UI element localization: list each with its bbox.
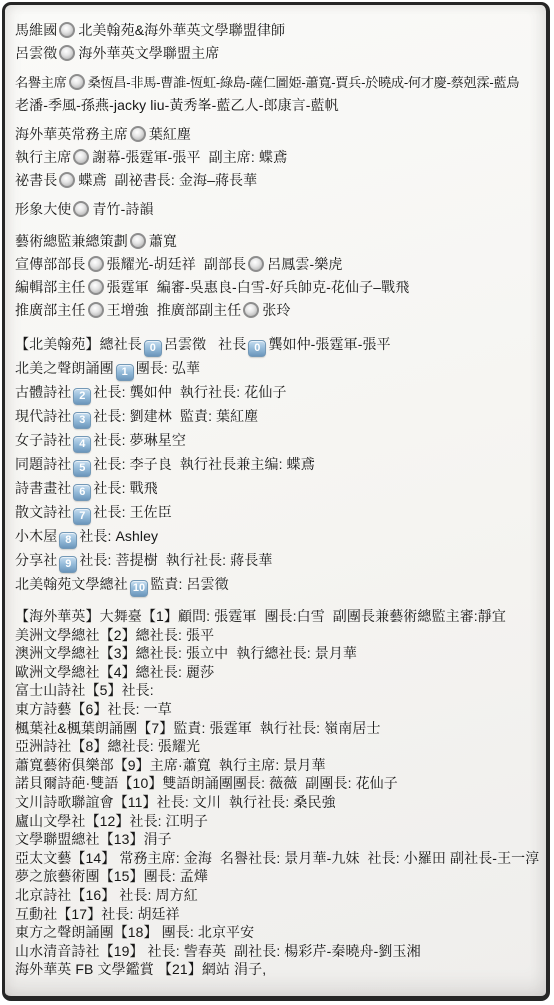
doc-line: 推廣部主任王增強 推廣部副主任张玲 — [15, 299, 540, 322]
text-run: 諾貝爾詩葩·雙語【10】雙語朗誦團團長: 薇薇 副團長: 花仙子 — [15, 775, 398, 791]
doc-line: 編輯部主任張霆軍 編審-吳惠良-白雪-好兵帥克-花仙子–戰飛 — [15, 276, 540, 299]
text-run: 古體詩社 — [15, 384, 71, 400]
doc-line: 現代詩社3社長: 劉建林 監責: 葉紅塵 — [15, 405, 540, 429]
doc-line: 【海外華英】大舞臺【1】顧問: 張霆軍 團長:白雪 副團長兼藝術總監主審:靜宜 — [15, 607, 540, 626]
text-run: 謝幕-張霆軍-張平 副主席: 蝶鳶 — [92, 149, 287, 165]
text-run: 亞洲詩社【8】總社長: 張耀光 — [15, 738, 200, 754]
doc-line: 海外華英 FB 文學鑑賞 【21】網站 涓子, — [15, 960, 540, 979]
section-overseas-huaying: 【海外華英】大舞臺【1】顧問: 張霆軍 團長:白雪 副團長兼藝術總監主審:靜宜美… — [15, 607, 540, 979]
text-run: 张玲 — [262, 302, 290, 318]
number-badge-icon: 6 — [73, 484, 91, 501]
radio-button-icon — [88, 256, 104, 272]
radio-button-icon — [243, 302, 259, 318]
radio-button-icon — [88, 302, 104, 318]
text-run: 馬維國 — [15, 22, 57, 38]
text-run: 呂鳳雲-樂虎 — [267, 256, 342, 272]
text-run: 呂雲徵 社長 — [164, 336, 246, 352]
number-badge-icon: 0 — [144, 340, 162, 357]
radio-button-icon — [248, 256, 264, 272]
text-run: 分享社 — [15, 552, 57, 568]
text-run: 山水清音詩社【19】 社長: 訾春英 副社長: 楊彩芹-秦曉舟-劉玉湘 — [15, 943, 421, 959]
doc-line: 宣傳部部長張耀光-胡廷祥 副部長呂鳳雲-樂虎 — [15, 253, 540, 276]
doc-line: 詩書畫社6社長: 戰飛 — [15, 477, 540, 501]
text-run: 社長: 戰飛 — [93, 480, 157, 496]
text-run: 文川詩歌聯誼會【11】社長: 文川 執行社長: 桑民強 — [15, 794, 336, 810]
text-run: 美洲文學總社【2】總社長: 張平 — [15, 627, 214, 643]
text-run: 海外華英 FB 文學鑑賞 【21】網站 涓子, — [15, 961, 266, 977]
document-frame: 馬維國北美翰苑&海外華英文學聯盟律師呂雲徵海外華英文學聯盟主席名譽主席桑恆昌-非… — [2, 2, 550, 1001]
doc-line: 互動社【17】社長: 胡廷祥 — [15, 905, 540, 924]
doc-line: 女子詩社4社長: 夢琳星空 — [15, 429, 540, 453]
doc-line: 海外華英常務主席葉紅塵 — [15, 123, 540, 146]
text-run: 葉紅塵 — [149, 126, 191, 142]
text-run: 團長: 弘華 — [136, 360, 200, 376]
text-run: 社長: 夢琳星空 — [93, 432, 186, 448]
doc-line: 呂雲徵海外華英文學聯盟主席 — [15, 42, 540, 65]
radio-button-icon — [130, 126, 146, 142]
doc-line: 東方詩藝【6】社長: 一草 — [15, 700, 540, 719]
text-run: 張霆軍 編審-吳惠良-白雪-好兵帥克-花仙子–戰飛 — [107, 279, 410, 295]
doc-line: 文學聯盟總社【13】涓子 — [15, 830, 540, 849]
doc-line: 分享社9社長: 菩提樹 執行社長: 蔣長華 — [15, 549, 540, 573]
radio-button-icon — [59, 172, 75, 188]
doc-line: 歐洲文學總社【4】總社長: 麗莎 — [15, 663, 540, 682]
text-run: 老潘-季風-孫燕-jacky liu-黃秀峯-藍乙人-郎康言-藍帆 — [15, 97, 339, 113]
doc-line: 形象大使青竹-詩韻 — [15, 198, 540, 221]
text-run: 社長: 龔如仲 執行社長: 花仙子 — [93, 384, 286, 400]
number-badge-icon: 7 — [73, 508, 91, 525]
text-run: 【北美翰苑】總社長 — [15, 336, 142, 352]
text-run: 互動社【17】社長: 胡廷祥 — [15, 906, 180, 922]
doc-line: 亞太文藝【14】 常務主席: 金海 名譽社長: 景月華-九妹 社長: 小羅田 副… — [15, 849, 540, 868]
text-run: 北京詩社【16】 社長: 周方紅 — [15, 887, 198, 903]
text-run: 女子詩社 — [15, 432, 71, 448]
doc-line: 亞洲詩社【8】總社長: 張耀光 — [15, 737, 540, 756]
text-run: 亞太文藝【14】 常務主席: 金海 名譽社長: 景月華-九妹 社長: 小羅田 副… — [15, 850, 539, 866]
doc-line: 夢之旅藝術團【15】團長: 孟燁 — [15, 867, 540, 886]
text-run: 祕書長 — [15, 172, 57, 188]
number-badge-icon: 0 — [248, 340, 266, 357]
doc-line: 祕書長蝶鳶 副祕書長: 金海–蔣長華 — [15, 169, 540, 192]
text-run: 北美之聲朗誦團 — [15, 360, 114, 376]
number-badge-icon: 3 — [73, 412, 91, 429]
text-run: 澳洲文學總社【3】總社長: 張立中 執行總社長: 景月華 — [15, 645, 357, 661]
number-badge-icon: 10 — [130, 580, 148, 597]
number-badge-icon: 8 — [59, 532, 77, 549]
text-run: 社長: 菩提樹 執行社長: 蔣長華 — [79, 552, 272, 568]
text-run: 名譽主席 — [15, 75, 67, 90]
text-run: 青竹-詩韻 — [92, 201, 153, 217]
text-run: 呂雲徵 — [15, 45, 57, 61]
text-run: 編輯部主任 — [15, 279, 86, 295]
text-run: 海外華英文學聯盟主席 — [78, 45, 219, 61]
doc-line: 東方之聲朗誦團【18】 團長: 北京平安 — [15, 923, 540, 942]
doc-line: 名譽主席桑恆昌-非馬-曹誰-恆虹-綠島-薩仁圖姫-蕭寬-賈兵-於曉成-何才慶-蔡… — [15, 71, 540, 94]
doc-line: 執行主席謝幕-張霆軍-張平 副主席: 蝶鳶 — [15, 146, 540, 169]
doc-line: 同題詩社5社長: 李子良 執行社長兼主编: 蝶鳶 — [15, 453, 540, 477]
text-run: 蕭寬 — [149, 233, 177, 249]
radio-button-icon — [73, 149, 89, 165]
text-run: 社長: 劉建林 監責: 葉紅塵 — [93, 408, 258, 424]
text-run: 楓葉社&楓葉朗誦團【7】監責: 張霆軍 執行社長: 嶺南居士 — [15, 720, 381, 736]
number-badge-icon: 4 — [73, 436, 91, 453]
doc-line: 楓葉社&楓葉朗誦團【7】監責: 張霆軍 執行社長: 嶺南居士 — [15, 719, 540, 738]
section-executive-leadership: 海外華英常務主席葉紅塵執行主席謝幕-張霆軍-張平 副主席: 蝶鳶祕書長蝶鳶 副祕… — [15, 123, 540, 192]
text-run: 社長: Ashley — [79, 528, 158, 544]
text-run: 監責: 呂雲徵 — [150, 576, 228, 592]
text-run: 形象大使 — [15, 201, 71, 217]
doc-line: 散文詩社7社長: 王佐臣 — [15, 501, 540, 525]
number-badge-icon: 9 — [59, 556, 77, 573]
text-run: 推廣部主任 — [15, 302, 86, 318]
doc-line: 山水清音詩社【19】 社長: 訾春英 副社長: 楊彩芹-秦曉舟-劉玉湘 — [15, 942, 540, 961]
number-badge-icon: 1 — [116, 364, 134, 381]
doc-line: 文川詩歌聯誼會【11】社長: 文川 執行社長: 桑民強 — [15, 793, 540, 812]
text-run: 海外華英常務主席 — [15, 126, 128, 142]
number-badge-icon: 2 — [73, 388, 91, 405]
text-run: 蝶鳶 副祕書長: 金海–蔣長華 — [78, 172, 257, 188]
text-run: 富士山詩社【5】社長: — [15, 682, 154, 698]
text-run: 藝術總監兼總策劃 — [15, 233, 128, 249]
document-content: 馬維國北美翰苑&海外華英文學聯盟律師呂雲徵海外華英文學聯盟主席名譽主席桑恆昌-非… — [5, 5, 546, 979]
text-run: 夢之旅藝術團【15】團長: 孟燁 — [15, 868, 208, 884]
text-run: 蕭寬藝術俱樂部【9】主席·蕭寬 執行主席: 景月華 — [15, 757, 326, 773]
radio-button-icon — [69, 74, 85, 90]
doc-line: 藝術總監兼總策劃蕭寬 — [15, 230, 540, 253]
text-run: 散文詩社 — [15, 504, 71, 520]
section-honorary-chairmen: 名譽主席桑恆昌-非馬-曹誰-恆虹-綠島-薩仁圖姫-蕭寬-賈兵-於曉成-何才慶-蔡… — [15, 71, 540, 117]
text-run: 東方詩藝【6】社長: 一草 — [15, 701, 172, 717]
text-run: 小木屋 — [15, 528, 57, 544]
text-run: 王增強 推廣部副主任 — [107, 302, 242, 318]
section-image-ambassador: 形象大使青竹-詩韻 — [15, 198, 540, 221]
doc-line: 北美之聲朗誦團1團長: 弘華 — [15, 357, 540, 381]
text-run: 歐洲文學總社【4】總社長: 麗莎 — [15, 664, 214, 680]
text-run: 現代詩社 — [15, 408, 71, 424]
doc-line: 北京詩社【16】 社長: 周方紅 — [15, 886, 540, 905]
text-run: 社長: 李子良 執行社長兼主编: 蝶鳶 — [93, 456, 314, 472]
doc-line: 老潘-季風-孫燕-jacky liu-黃秀峯-藍乙人-郎康言-藍帆 — [15, 94, 540, 117]
text-run: 宣傳部部長 — [15, 256, 86, 272]
doc-line: 富士山詩社【5】社長: — [15, 681, 540, 700]
radio-button-icon — [130, 233, 146, 249]
doc-line: 諾貝爾詩葩·雙語【10】雙語朗誦團團長: 薇薇 副團長: 花仙子 — [15, 774, 540, 793]
radio-button-icon — [73, 201, 89, 217]
radio-button-icon — [88, 279, 104, 295]
doc-line: 蕭寬藝術俱樂部【9】主席·蕭寬 執行主席: 景月華 — [15, 756, 540, 775]
text-run: 龔如仲-張霆軍-張平 — [268, 336, 390, 352]
doc-line: 美洲文學總社【2】總社長: 張平 — [15, 626, 540, 645]
doc-line: 北美翰苑文學總社10監責: 呂雲徵 — [15, 573, 540, 597]
text-run: 【海外華英】大舞臺【1】顧問: 張霆軍 團長:白雪 副團長兼藝術總監主審:靜宜 — [15, 608, 506, 624]
number-badge-icon: 5 — [73, 460, 91, 477]
text-run: 執行主席 — [15, 149, 71, 165]
text-run: 張耀光-胡廷祥 副部長 — [107, 256, 247, 272]
text-run: 同題詩社 — [15, 456, 71, 472]
text-run: 社長: 王佐臣 — [93, 504, 171, 520]
section-departments: 藝術總監兼總策劃蕭寬宣傳部部長張耀光-胡廷祥 副部長呂鳳雲-樂虎編輯部主任張霆軍… — [15, 230, 540, 322]
doc-line: 古體詩社2社長: 龔如仲 執行社長: 花仙子 — [15, 381, 540, 405]
text-run: 文學聯盟總社【13】涓子 — [15, 831, 172, 847]
text-run: 桑恆昌-非馬-曹誰-恆虹-綠島-薩仁圖姫-蕭寬-賈兵-於曉成-何才慶-蔡剋霂-藍… — [88, 75, 520, 90]
text-run: 廬山文學社【12】社長: 江明子 — [15, 813, 208, 829]
doc-line: 澳洲文學總社【3】總社長: 張立中 執行總社長: 景月華 — [15, 644, 540, 663]
radio-button-icon — [59, 45, 75, 61]
text-run: 北美翰苑文學總社 — [15, 576, 128, 592]
text-run: 詩書畫社 — [15, 480, 71, 496]
doc-line: 馬維國北美翰苑&海外華英文學聯盟律師 — [15, 19, 540, 42]
section-lawyer-chairman: 馬維國北美翰苑&海外華英文學聯盟律師呂雲徵海外華英文學聯盟主席 — [15, 19, 540, 65]
doc-line: 廬山文學社【12】社長: 江明子 — [15, 812, 540, 831]
section-beimei-hanyuan: 【北美翰苑】總社長0呂雲徵 社長0龔如仲-張霆軍-張平北美之聲朗誦團1團長: 弘… — [15, 333, 540, 597]
doc-line: 【北美翰苑】總社長0呂雲徵 社長0龔如仲-張霆軍-張平 — [15, 333, 540, 357]
text-run: 北美翰苑&海外華英文學聯盟律師 — [78, 22, 285, 38]
doc-line: 小木屋8社長: Ashley — [15, 525, 540, 549]
text-run: 東方之聲朗誦團【18】 團長: 北京平安 — [15, 924, 254, 940]
radio-button-icon — [59, 22, 75, 38]
